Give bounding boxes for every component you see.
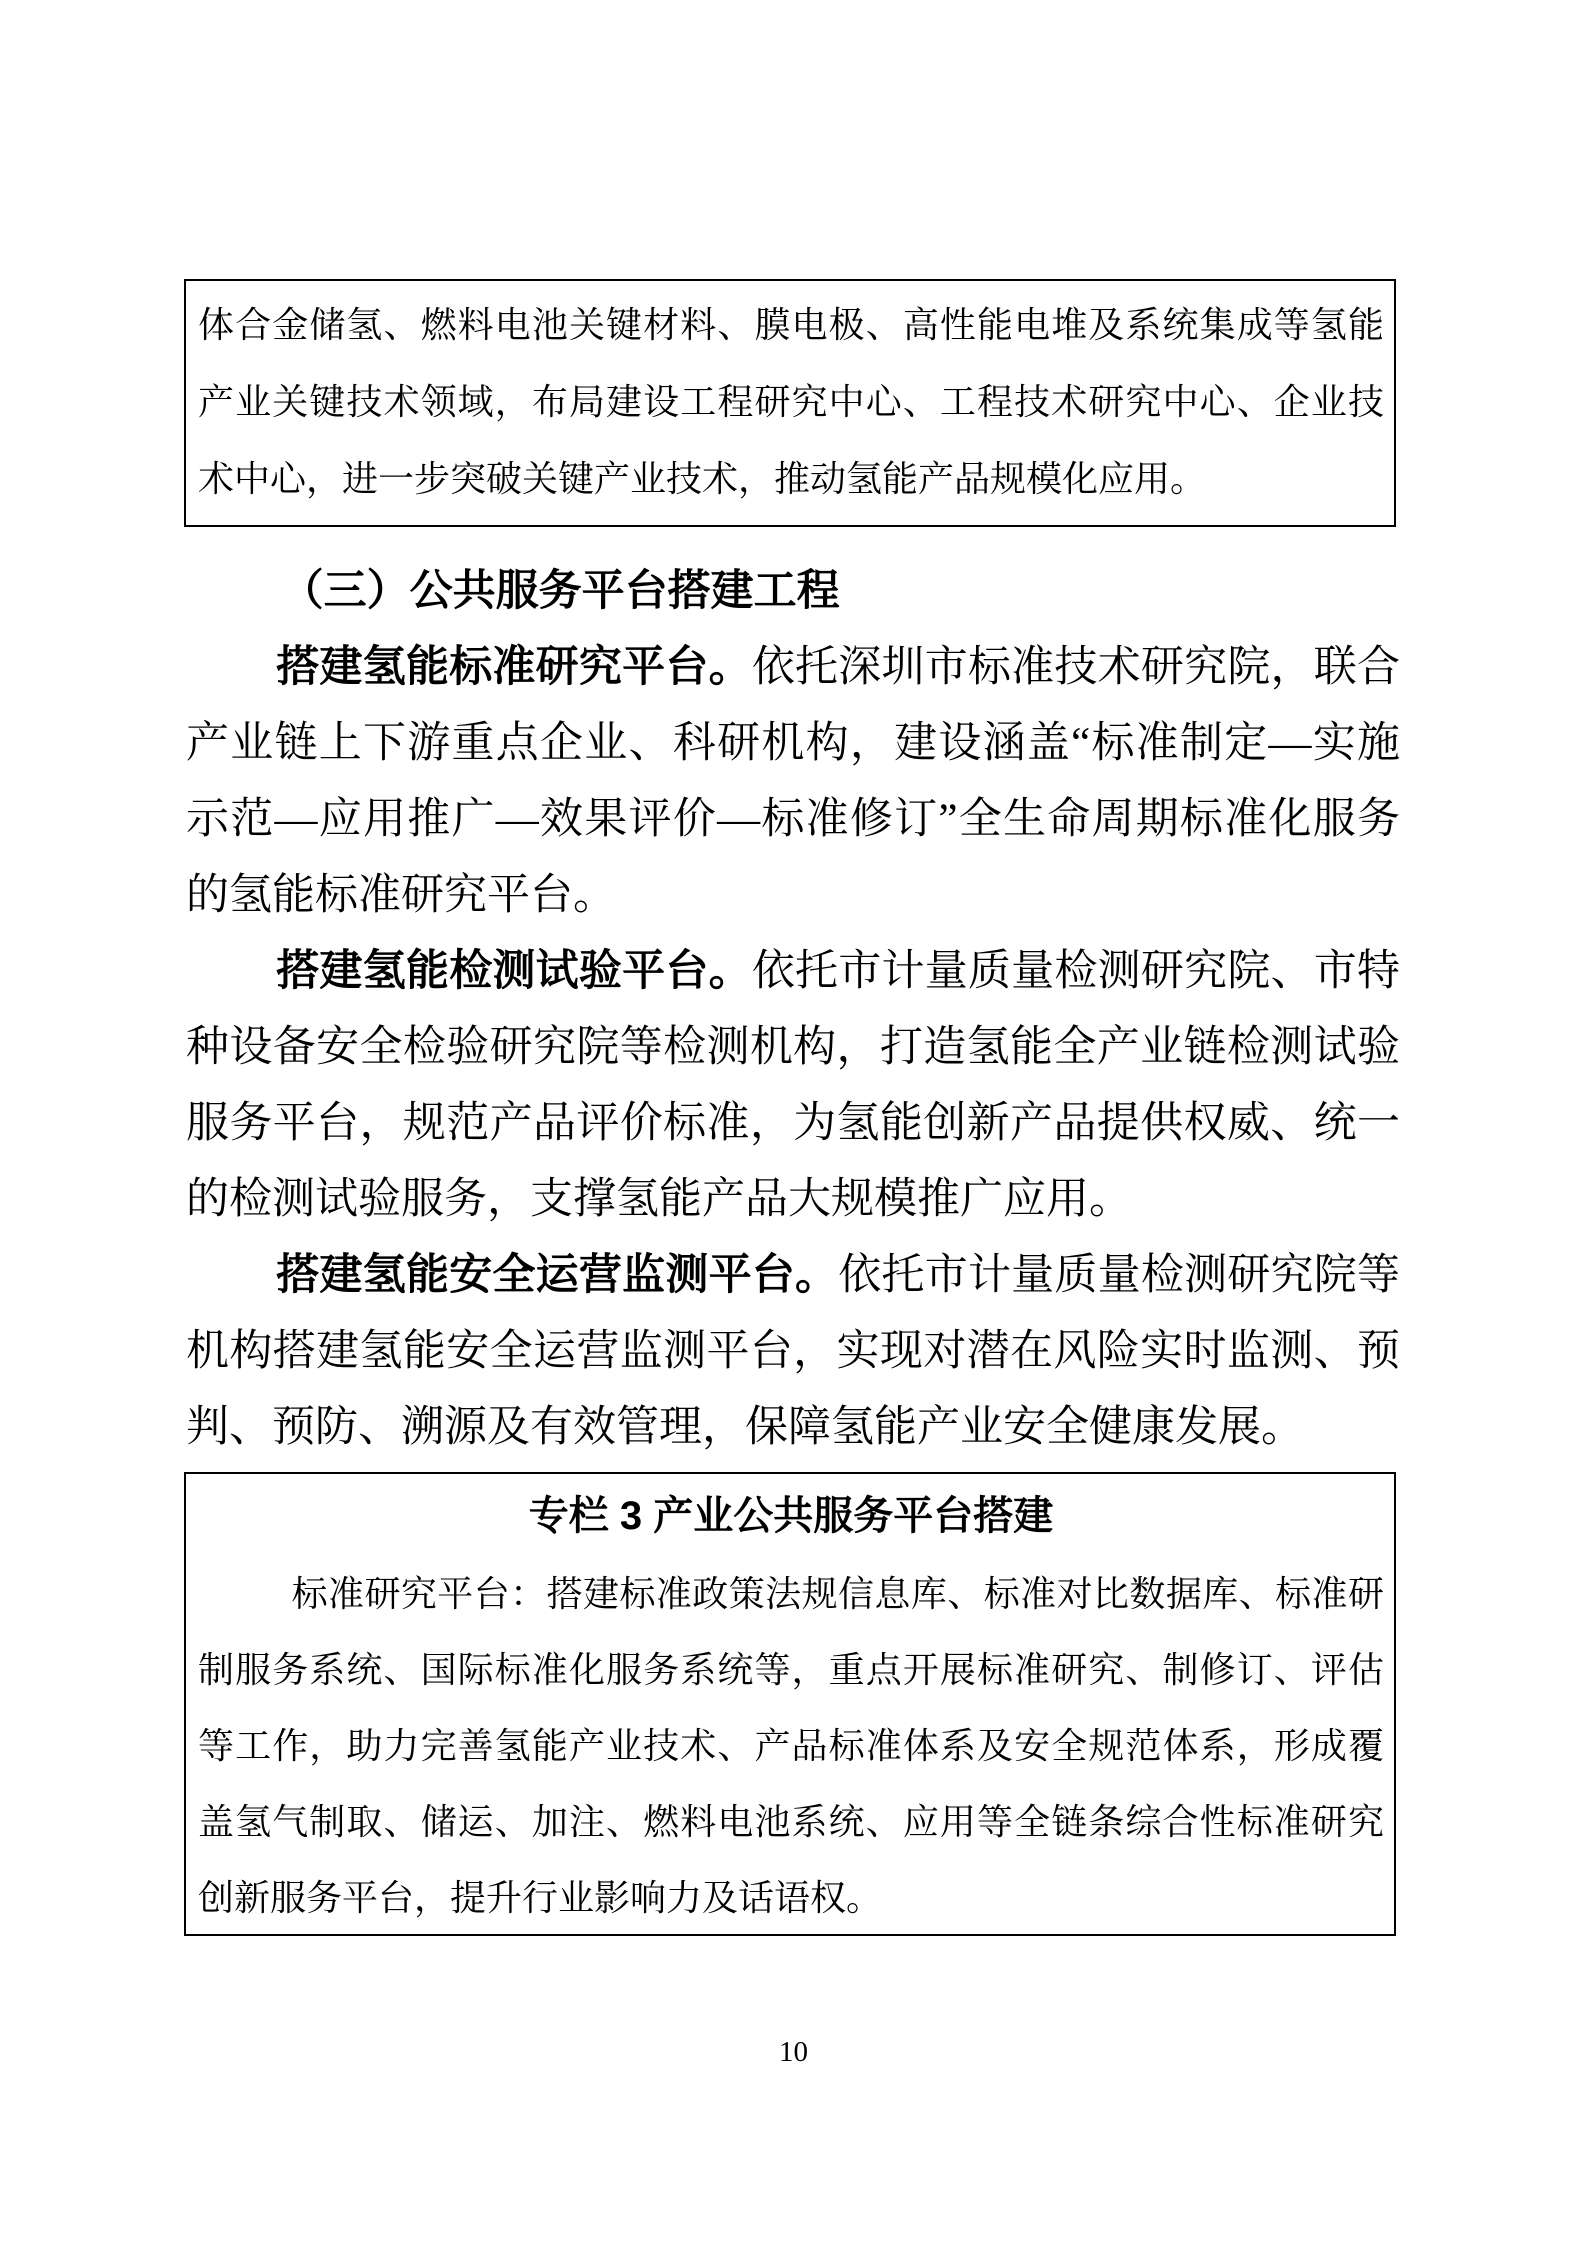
continued-callout-text: 体合金储氢、燃料电池关键材料、膜电极、高性能电堆及系统集成等氢能产业关键技术领域…	[198, 287, 1384, 518]
page-number: 10	[0, 2036, 1587, 2068]
paragraph-safety-platform: 搭建氢能安全运营监测平台。依托市计量质量检测研究院等机构搭建氢能安全运营监测平台…	[186, 1238, 1400, 1466]
column3-text: 搭建标准政策法规信息库、标准对比数据库、标准研制服务系统、国际标准化服务系统等，…	[198, 1574, 1384, 1918]
paragraph-lead: 搭建氢能检测试验平台。	[276, 948, 752, 995]
section-heading: （三）公共服务平台搭建工程	[186, 554, 1400, 630]
paragraph-lead: 搭建氢能安全运营监测平台。	[276, 1252, 838, 1299]
document-page: 体合金储氢、燃料电池关键材料、膜电极、高性能电堆及系统集成等氢能产业关键技术领域…	[0, 0, 1587, 2245]
column3-callout-box: 专栏 3 产业公共服务平台搭建 标准研究平台：搭建标准政策法规信息库、标准对比数…	[184, 1472, 1396, 1936]
paragraph-lead: 搭建氢能标准研究平台。	[276, 644, 752, 691]
section-body: （三）公共服务平台搭建工程 搭建氢能标准研究平台。依托深圳市标准技术研究院，联合…	[186, 554, 1400, 1466]
continued-callout-box: 体合金储氢、燃料电池关键材料、膜电极、高性能电堆及系统集成等氢能产业关键技术领域…	[184, 279, 1396, 527]
column3-paragraph: 标准研究平台：搭建标准政策法规信息库、标准对比数据库、标准研制服务系统、国际标准…	[198, 1556, 1384, 1936]
column3-title: 专栏 3 产业公共服务平台搭建	[198, 1476, 1384, 1556]
column3-lead: 标准研究平台：	[292, 1574, 547, 1614]
paragraph-testing-platform: 搭建氢能检测试验平台。依托市计量质量检测研究院、市特种设备安全检验研究院等检测机…	[186, 934, 1400, 1238]
paragraph-standard-platform: 搭建氢能标准研究平台。依托深圳市标准技术研究院，联合产业链上下游重点企业、科研机…	[186, 630, 1400, 934]
